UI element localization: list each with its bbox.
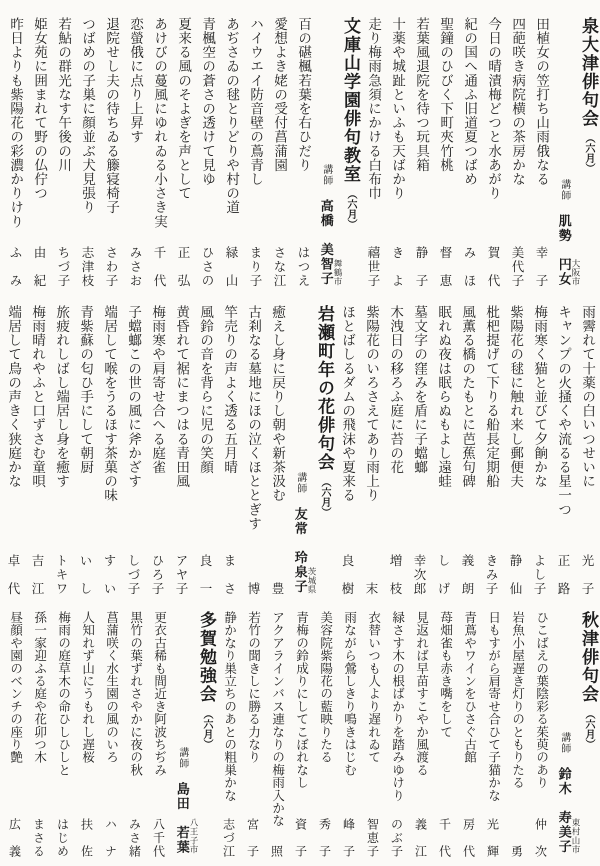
author-name: 仲 次: [533, 818, 550, 859]
haiku-column: 眠れぬ夜は眠らぬもよし遠蛙し げ: [431, 305, 455, 606]
section-month-label: （六月）: [583, 133, 594, 173]
haiku-column: 青蔦やワインをひさぐ古館房 代: [457, 611, 481, 866]
author-name: 良 樹: [338, 554, 356, 596]
author-name: い し: [76, 554, 94, 596]
haiku-column: 黄昏れて裾にまつはる青田風アヤ子: [169, 305, 193, 606]
lecturer-label: 講師: [295, 472, 306, 494]
city-label: 大阪市: [570, 259, 582, 286]
haiku-column: 聖鐘のひびく下町夾竹桃督 恵: [433, 17, 457, 298]
haiku-column: ひこばえの葉陰彩る茱萸のあり仲 次: [529, 611, 553, 866]
haiku-column: 百の碪楓若葉を右ひだりはつえ: [291, 17, 315, 298]
haiku-column: 美容院紫陽花の藍映りたる秀 子: [313, 611, 337, 866]
author-name: トキワ: [52, 554, 70, 596]
haiku-text: 更衣古稀も間近き阿波ちぢみ: [152, 611, 165, 776]
haiku-text: 枇杷提げて下りる船長定期船: [484, 305, 498, 488]
author-name: 資 子: [293, 818, 310, 859]
haiku-text: アクアラインバス連なりの梅雨入かな: [270, 611, 283, 827]
author-name: ひさの: [198, 246, 216, 288]
haiku-text: ひこばえの葉陰彩る茱萸のあり: [534, 611, 547, 789]
author-name: 義 朗: [458, 554, 476, 596]
section-header: 多賀勉強会（六月）講師島田 若葉八王子市: [171, 611, 217, 866]
author-name: みさ緒: [127, 818, 144, 859]
section-title: 岩瀬町年の花俳句会（六月）: [316, 305, 333, 517]
author-name: はつえ: [294, 246, 312, 288]
haiku-column: ハイウエイ防音壁の蔦青しまり子: [243, 17, 267, 298]
author-name: 静 子: [412, 246, 430, 288]
author-name: 房 代: [461, 818, 478, 859]
section-header: 文庫山学園俳句教室（六月）講師高橋 美智子舞鶴市: [315, 17, 361, 298]
haiku-column: 静かなり巣立ちのあとの粗巣かな志づ江: [217, 611, 241, 866]
lecturer-label: 講師: [177, 747, 188, 769]
haiku-text: 恋螢俄に点り上昇す: [128, 17, 142, 144]
author-name: 秀 子: [317, 818, 334, 859]
section-month-label: （六月）: [583, 709, 594, 749]
author-name: 博: [244, 582, 262, 596]
haiku-text: 昨日よりも紫陽花の彩濃かりけり: [8, 17, 22, 229]
haiku-text: 岩魚小屋遅き灯りのともりたる: [510, 611, 523, 789]
haiku-text: 人知れず山にうもれし遅桜: [80, 611, 93, 763]
author-name: 千 代: [437, 818, 454, 859]
haiku-column: 苺畑雀も赤き嘴をして千 代: [433, 611, 457, 866]
haiku-text: 走り梅雨急須にかける白布巾: [366, 17, 380, 200]
haiku-text: 端居して喉をうるほす茶菓の味: [102, 305, 116, 502]
haiku-text: 梅雨晴れやふと口ずさむ童唄: [30, 305, 44, 488]
author-name: 禧世子: [364, 246, 382, 288]
haiku-column: 青楓空の蒼さの透けて見ゆひさの: [195, 17, 219, 298]
haiku-text: 菖蒲咲く水生園の風のいろ: [104, 611, 117, 763]
author-name: 勇: [509, 845, 526, 859]
haiku-column: 風鈴の音を背らに児の笑顔良 一: [193, 305, 217, 606]
section-title: 多賀勉強会（六月）: [198, 611, 215, 749]
author-name: さわ子: [102, 246, 120, 288]
author-name: 正 弘: [174, 246, 192, 288]
haiku-column: 紫陽花の毬に触れ来し郵便夫静 仙: [503, 305, 527, 606]
haiku-text: 若葉風退院を待つ玩具箱: [414, 17, 428, 172]
haiku-text: 端居して鳥の声きく狭庭かな: [6, 305, 20, 488]
section-title: 秋津俳句会（六月）: [580, 611, 597, 749]
column-band-2: 雨霽れて十薬の白いつせいに光 子キャンプの火掻くや流るる星一つ正 路梅雨寒く猫と…: [1, 298, 599, 606]
author-name: ひろ子: [148, 554, 166, 596]
haiku-column: 風薫る橋のたもとに芭蕉句碑義 朗: [455, 305, 479, 606]
haiku-text: 旅疲れしばし端居し身を癒す: [54, 305, 68, 488]
haiku-text: 十薬や城趾といふも天ばかり: [390, 17, 404, 200]
section-header: 泉大津俳句会（六月）講師肌勢 円女大阪市: [553, 17, 599, 298]
haiku-text: 日もすがら肩寄せ合ひて子猫かな: [486, 611, 499, 802]
haiku-column: 子蟷螂この世の風に斧かざすしづ子: [121, 305, 145, 606]
haiku-column: 木洩日の移ろふ庭に苔の花増 枝: [383, 305, 407, 606]
author-name: 良 一: [196, 554, 214, 596]
haiku-text: 風鈴の音を背らに児の笑顔: [198, 305, 212, 474]
author-name: し げ: [434, 554, 452, 596]
author-name: 正 路: [554, 554, 572, 596]
author-name: しづ子: [124, 554, 142, 596]
haiku-column: 墓文字の窪みを盾に子蟷螂幸次郎: [407, 305, 431, 606]
section-title-text: 岩瀬町年の花俳句会: [315, 305, 334, 472]
haiku-text: 昼顔や園のベンチの座り艶: [8, 611, 21, 763]
author-name: み ほ: [460, 246, 478, 288]
author-name: 峰 子: [341, 818, 358, 859]
author-name: 幸次郎: [410, 554, 428, 596]
haiku-column: 昨日よりも紫陽花の彩濃かりけりふ み: [3, 17, 27, 298]
haiku-column: 青梅の鈴成りにしてこぼれなし資 子: [289, 611, 313, 866]
haiku-column: 孫一家迎ふる庭や花卯つ木まさる: [27, 611, 51, 866]
haiku-text: 衣替いつも人より遅れゐて: [366, 611, 379, 763]
haiku-text: 眠れぬ夜は眠らぬもよし遠蛙: [436, 305, 450, 488]
haiku-text: 梅雨の庭草木の命ひしひしと: [56, 611, 69, 776]
haiku-column: 日もすがら肩寄せ合ひて子猫かな光 輝: [481, 611, 505, 866]
author-name: 義 江: [413, 818, 430, 859]
haiku-text: 雨霽れて十薬の白いつせいに: [580, 305, 594, 488]
lecturer-label: 講師: [321, 164, 332, 186]
section-title-text: 秋津俳句会: [579, 611, 598, 704]
author-name: まり子: [246, 246, 264, 288]
haiku-column: 竿売りの声よく透る五月晴ま さ: [217, 305, 241, 606]
section-month-label: （六月）: [319, 477, 330, 517]
haiku-column: 昼顔や園のベンチの座り艶広 義: [3, 611, 27, 866]
author-name: 照: [269, 845, 286, 859]
haiku-text: 夏来る風のそよぎを声として: [176, 17, 190, 200]
haiku-column: キャンプの火掻くや流るる星一つ正 路: [551, 305, 575, 606]
haiku-text: 青紫蘇の匂ひ手にして朝厨: [78, 305, 92, 474]
haiku-column: ほとばしるダムの飛沫や夏来る良 樹: [335, 305, 359, 606]
haiku-column: 雨霽れて十薬の白いつせいに光 子: [575, 305, 599, 606]
haiku-column: 愛想よき姥の受付菖蒲園さな江: [267, 17, 291, 298]
haiku-column: 癒えし身に戻りし朝や新茶汲む豊: [265, 305, 289, 606]
haiku-column: 青紫蘇の匂ひ手にして朝厨い し: [73, 305, 97, 606]
haiku-column: 田植女の笠打ち山雨俄なる幸 子: [529, 17, 553, 298]
haiku-text: 百の碪楓若葉を右ひだり: [296, 17, 310, 172]
section-title-text: 多賀勉強会: [197, 611, 216, 704]
haiku-text: 竿売りの声よく透る五月晴: [222, 305, 236, 474]
column-band-3: 秋津俳句会（六月）講師鈴木 寿美子東村山市ひこばえの葉陰彩る茱萸のあり仲 次岩魚…: [1, 606, 599, 866]
section-title: 泉大津俳句会（六月）: [580, 17, 597, 173]
author-name: 督 恵: [436, 246, 454, 288]
section-header: 秋津俳句会（六月）講師鈴木 寿美子東村山市: [553, 611, 599, 866]
author-name: 緑 山: [222, 246, 240, 288]
haiku-column: 若葉風退院を待つ玩具箱静 子: [409, 17, 433, 298]
haiku-text: ハイウエイ防音壁の蔦青し: [248, 17, 262, 186]
author-name: よし子: [530, 554, 548, 596]
magazine-page: 泉大津俳句会（六月）講師肌勢 円女大阪市田植女の笠打ち山雨俄なる幸 子四葩咲き病…: [0, 0, 600, 866]
haiku-text: 梅雨寒く猫と並びて夕餉かな: [532, 305, 546, 488]
haiku-column: 恋螢俄に点り上昇すみさお: [123, 17, 147, 298]
author-name: 賀 代: [484, 246, 502, 288]
author-name: 吉 江: [28, 554, 46, 596]
haiku-column: 人知れず山にうもれし遅桜扶 佐: [75, 611, 99, 866]
haiku-text: 姫女苑に囲まれて野の仏佇つ: [32, 17, 46, 200]
author-name: ふ み: [6, 246, 24, 288]
author-name: のぶ子: [389, 818, 406, 859]
author-name: 卓 代: [4, 554, 22, 596]
haiku-column: 枇杷提げて下りる船長定期船きみ子: [479, 305, 503, 606]
author-name: はじめ: [55, 818, 72, 859]
haiku-column: 今日の晴漬梅どつと水あがり賀 代: [481, 17, 505, 298]
haiku-column: 旅疲れしばし端居し身を癒すトキワ: [49, 305, 73, 606]
section-title: 文庫山学園俳句教室（六月）: [342, 17, 359, 229]
author-name: 豊: [268, 582, 286, 596]
section-title-text: 泉大津俳句会: [579, 17, 598, 128]
author-name: きみ子: [482, 554, 500, 596]
haiku-text: 若鮎の群光なす午後の川: [56, 17, 70, 172]
haiku-column: 退院せし夫の待ちゐる籐寝椅子さわ子: [99, 17, 123, 298]
haiku-text: 癒えし身に戻りし朝や新茶汲む: [270, 305, 284, 502]
haiku-text: 木洩日の移ろふ庭に苔の花: [388, 305, 402, 474]
author-name: 光 子: [578, 554, 596, 596]
haiku-text: 見返れば早苗すこやか風渡る: [414, 611, 427, 776]
city-label: 八王子市: [188, 818, 200, 854]
section-header: 岩瀬町年の花俳句会（六月）講師友常 玲泉子茨城県: [289, 305, 335, 606]
haiku-column: 雨ながら鶯しきり鳴きはじむ峰 子: [337, 611, 361, 866]
author-name: す い: [100, 554, 118, 596]
haiku-column: 梅雨の庭草木の命ひしひしとはじめ: [51, 611, 75, 866]
haiku-text: 美容院紫陽花の藍映りたる: [318, 611, 331, 763]
haiku-text: 青楓空の蒼さの透けて見ゆ: [200, 17, 214, 186]
haiku-column: 四葩咲き病院横の茶房かな美代子: [505, 17, 529, 298]
haiku-column: 紀の国へ通ふ旧道夏つばめみ ほ: [457, 17, 481, 298]
author-name: 広 義: [7, 818, 24, 859]
haiku-text: 黄昏れて裾にまつはる青田風: [174, 305, 188, 488]
haiku-column: つばめの子巣に顔並ぶ犬見張り志津枝: [75, 17, 99, 298]
haiku-text: 今日の晴漬梅どつと水あがり: [486, 17, 500, 200]
author-name: 幸 子: [532, 246, 550, 288]
haiku-text: 退院せし夫の待ちゐる籐寝椅子: [104, 17, 118, 214]
haiku-text: 若竹の聞きしに勝る力なり: [246, 611, 259, 763]
author-name: 増 枝: [386, 554, 404, 596]
haiku-text: あぢさゐの毬とりどりや村の道: [224, 17, 238, 214]
haiku-text: 緑さす木の根ばかりを踏みゆけり: [390, 611, 403, 802]
haiku-column: 菖蒲咲く水生園の風のいろハ ナ: [99, 611, 123, 866]
author-name: 八千代: [151, 818, 168, 859]
haiku-column: 梅雨寒く猫と並びて夕餉かなよし子: [527, 305, 551, 606]
author-name: ま さ: [220, 554, 238, 596]
author-name: アヤ子: [172, 554, 190, 596]
haiku-text: キャンプの火掻くや流るる星一つ: [556, 305, 570, 517]
column-band-1: 泉大津俳句会（六月）講師肌勢 円女大阪市田植女の笠打ち山雨俄なる幸 子四葩咲き病…: [1, 0, 599, 298]
author-name: みさお: [126, 246, 144, 288]
haiku-column: アクアラインバス連なりの梅雨入かな照: [265, 611, 289, 866]
haiku-column: 若鮎の群光なす午後の川ちづ子: [51, 17, 75, 298]
haiku-text: 青梅の鈴成りにしてこぼれなし: [294, 611, 307, 789]
author-name: き よ: [388, 246, 406, 288]
section-month-label: （六月）: [201, 709, 212, 749]
haiku-text: 雨ながら鶯しきり鳴きはじむ: [342, 611, 355, 776]
haiku-column: あぢさゐの毬とりどりや村の道緑 山: [219, 17, 243, 298]
haiku-text: 孫一家迎ふる庭や花卯つ木: [32, 611, 45, 763]
haiku-text: 苺畑雀も赤き嘴をして: [438, 611, 451, 738]
haiku-text: 子蟷螂この世の風に斧かざす: [126, 305, 140, 488]
lecturer-label: 講師: [559, 179, 570, 201]
haiku-column: 端居して鳥の声きく狭庭かな卓 代: [1, 305, 25, 606]
haiku-column: 古刹なる墓地にほの泣くほととぎす博: [241, 305, 265, 606]
author-name: 扶 佐: [79, 818, 96, 859]
haiku-column: 若竹の聞きしに勝る力なり宮 子: [241, 611, 265, 866]
haiku-text: 黒竹の葉ずれさやかに夜の秋: [128, 611, 141, 776]
author-name: 静 仙: [506, 554, 524, 596]
haiku-text: 青蔦やワインをひさぐ古館: [462, 611, 475, 763]
haiku-text: 墓文字の窪みを盾に子蟷螂: [412, 305, 426, 474]
author-name: 由 紀: [30, 246, 48, 288]
haiku-column: 岩魚小屋遅き灯りのともりたる勇: [505, 611, 529, 866]
author-name: 千 代: [150, 246, 168, 288]
haiku-text: 古刹なる墓地にほの泣くほととぎす: [246, 305, 260, 531]
lecturer-label: 講師: [559, 732, 570, 754]
haiku-column: 姫女苑に囲まれて野の仏佇つ由 紀: [27, 17, 51, 298]
author-name: 宮 子: [245, 818, 262, 859]
haiku-text: つばめの子巣に顔並ぶ犬見張り: [80, 17, 94, 214]
haiku-text: 紫陽花のいろさえてあり雨上り: [364, 305, 378, 502]
haiku-column: 更衣古稀も間近き阿波ちぢみ八千代: [147, 611, 171, 866]
author-name: 智恵子: [365, 818, 382, 859]
haiku-column: 見返れば早苗すこやか風渡る義 江: [409, 611, 433, 866]
haiku-text: 田植女の笠打ち山雨俄なる: [534, 17, 548, 186]
author-name: ハ ナ: [103, 818, 120, 859]
city-label: 舞鶴市: [332, 259, 344, 286]
haiku-text: 四葩咲き病院横の茶房かな: [510, 17, 524, 186]
haiku-text: 愛想よき姥の受付菖蒲園: [272, 17, 286, 172]
haiku-column: 梅雨晴れやふと口ずさむ童唄吉 江: [25, 305, 49, 606]
haiku-text: 梅雨寒や肩寄せ合へる庭雀: [150, 305, 164, 474]
haiku-column: 黒竹の葉ずれさやかに夜の秋みさ緒: [123, 611, 147, 866]
haiku-column: 紫陽花のいろさえてあり雨上り末: [359, 305, 383, 606]
haiku-column: 走り梅雨急須にかける白布巾禧世子: [361, 17, 385, 298]
author-name: 志津枝: [78, 246, 96, 288]
author-name: 志づ江: [221, 818, 238, 859]
author-name: さな江: [270, 246, 288, 288]
haiku-column: あけびの蔓風にゆれゐる小さき実千 代: [147, 17, 171, 298]
haiku-column: 緑さす木の根ばかりを踏みゆけりのぶ子: [385, 611, 409, 866]
section-title-text: 文庫山学園俳句教室: [341, 17, 360, 184]
city-label: 東村山市: [570, 818, 582, 854]
haiku-column: 梅雨寒や肩寄せ合へる庭雀ひろ子: [145, 305, 169, 606]
haiku-column: 十薬や城趾といふも天ばかりき よ: [385, 17, 409, 298]
haiku-column: 端居して喉をうるほす茶菓の味す い: [97, 305, 121, 606]
author-name: 光 輝: [485, 818, 502, 859]
haiku-text: 静かなり巣立ちのあとの粗巣かな: [222, 611, 235, 802]
author-name: ちづ子: [54, 246, 72, 288]
haiku-text: あけびの蔓風にゆれゐる小さき実: [152, 17, 166, 229]
haiku-text: 風薫る橋のたもとに芭蕉句碑: [460, 305, 474, 488]
author-name: まさる: [31, 818, 48, 859]
haiku-column: 夏来る風のそよぎを声として正 弘: [171, 17, 195, 298]
haiku-column: 衣替いつも人より遅れゐて智恵子: [361, 611, 385, 866]
haiku-text: ほとばしるダムの飛沫や夏来る: [340, 305, 354, 502]
haiku-text: 紫陽花の毬に触れ来し郵便夫: [508, 305, 522, 488]
author-name: 美代子: [508, 246, 526, 288]
haiku-text: 聖鐘のひびく下町夾竹桃: [438, 17, 452, 172]
haiku-text: 紀の国へ通ふ旧道夏つばめ: [462, 17, 476, 186]
section-month-label: （六月）: [345, 189, 356, 229]
author-name: 末: [362, 582, 380, 596]
city-label: 茨城県: [306, 567, 318, 594]
